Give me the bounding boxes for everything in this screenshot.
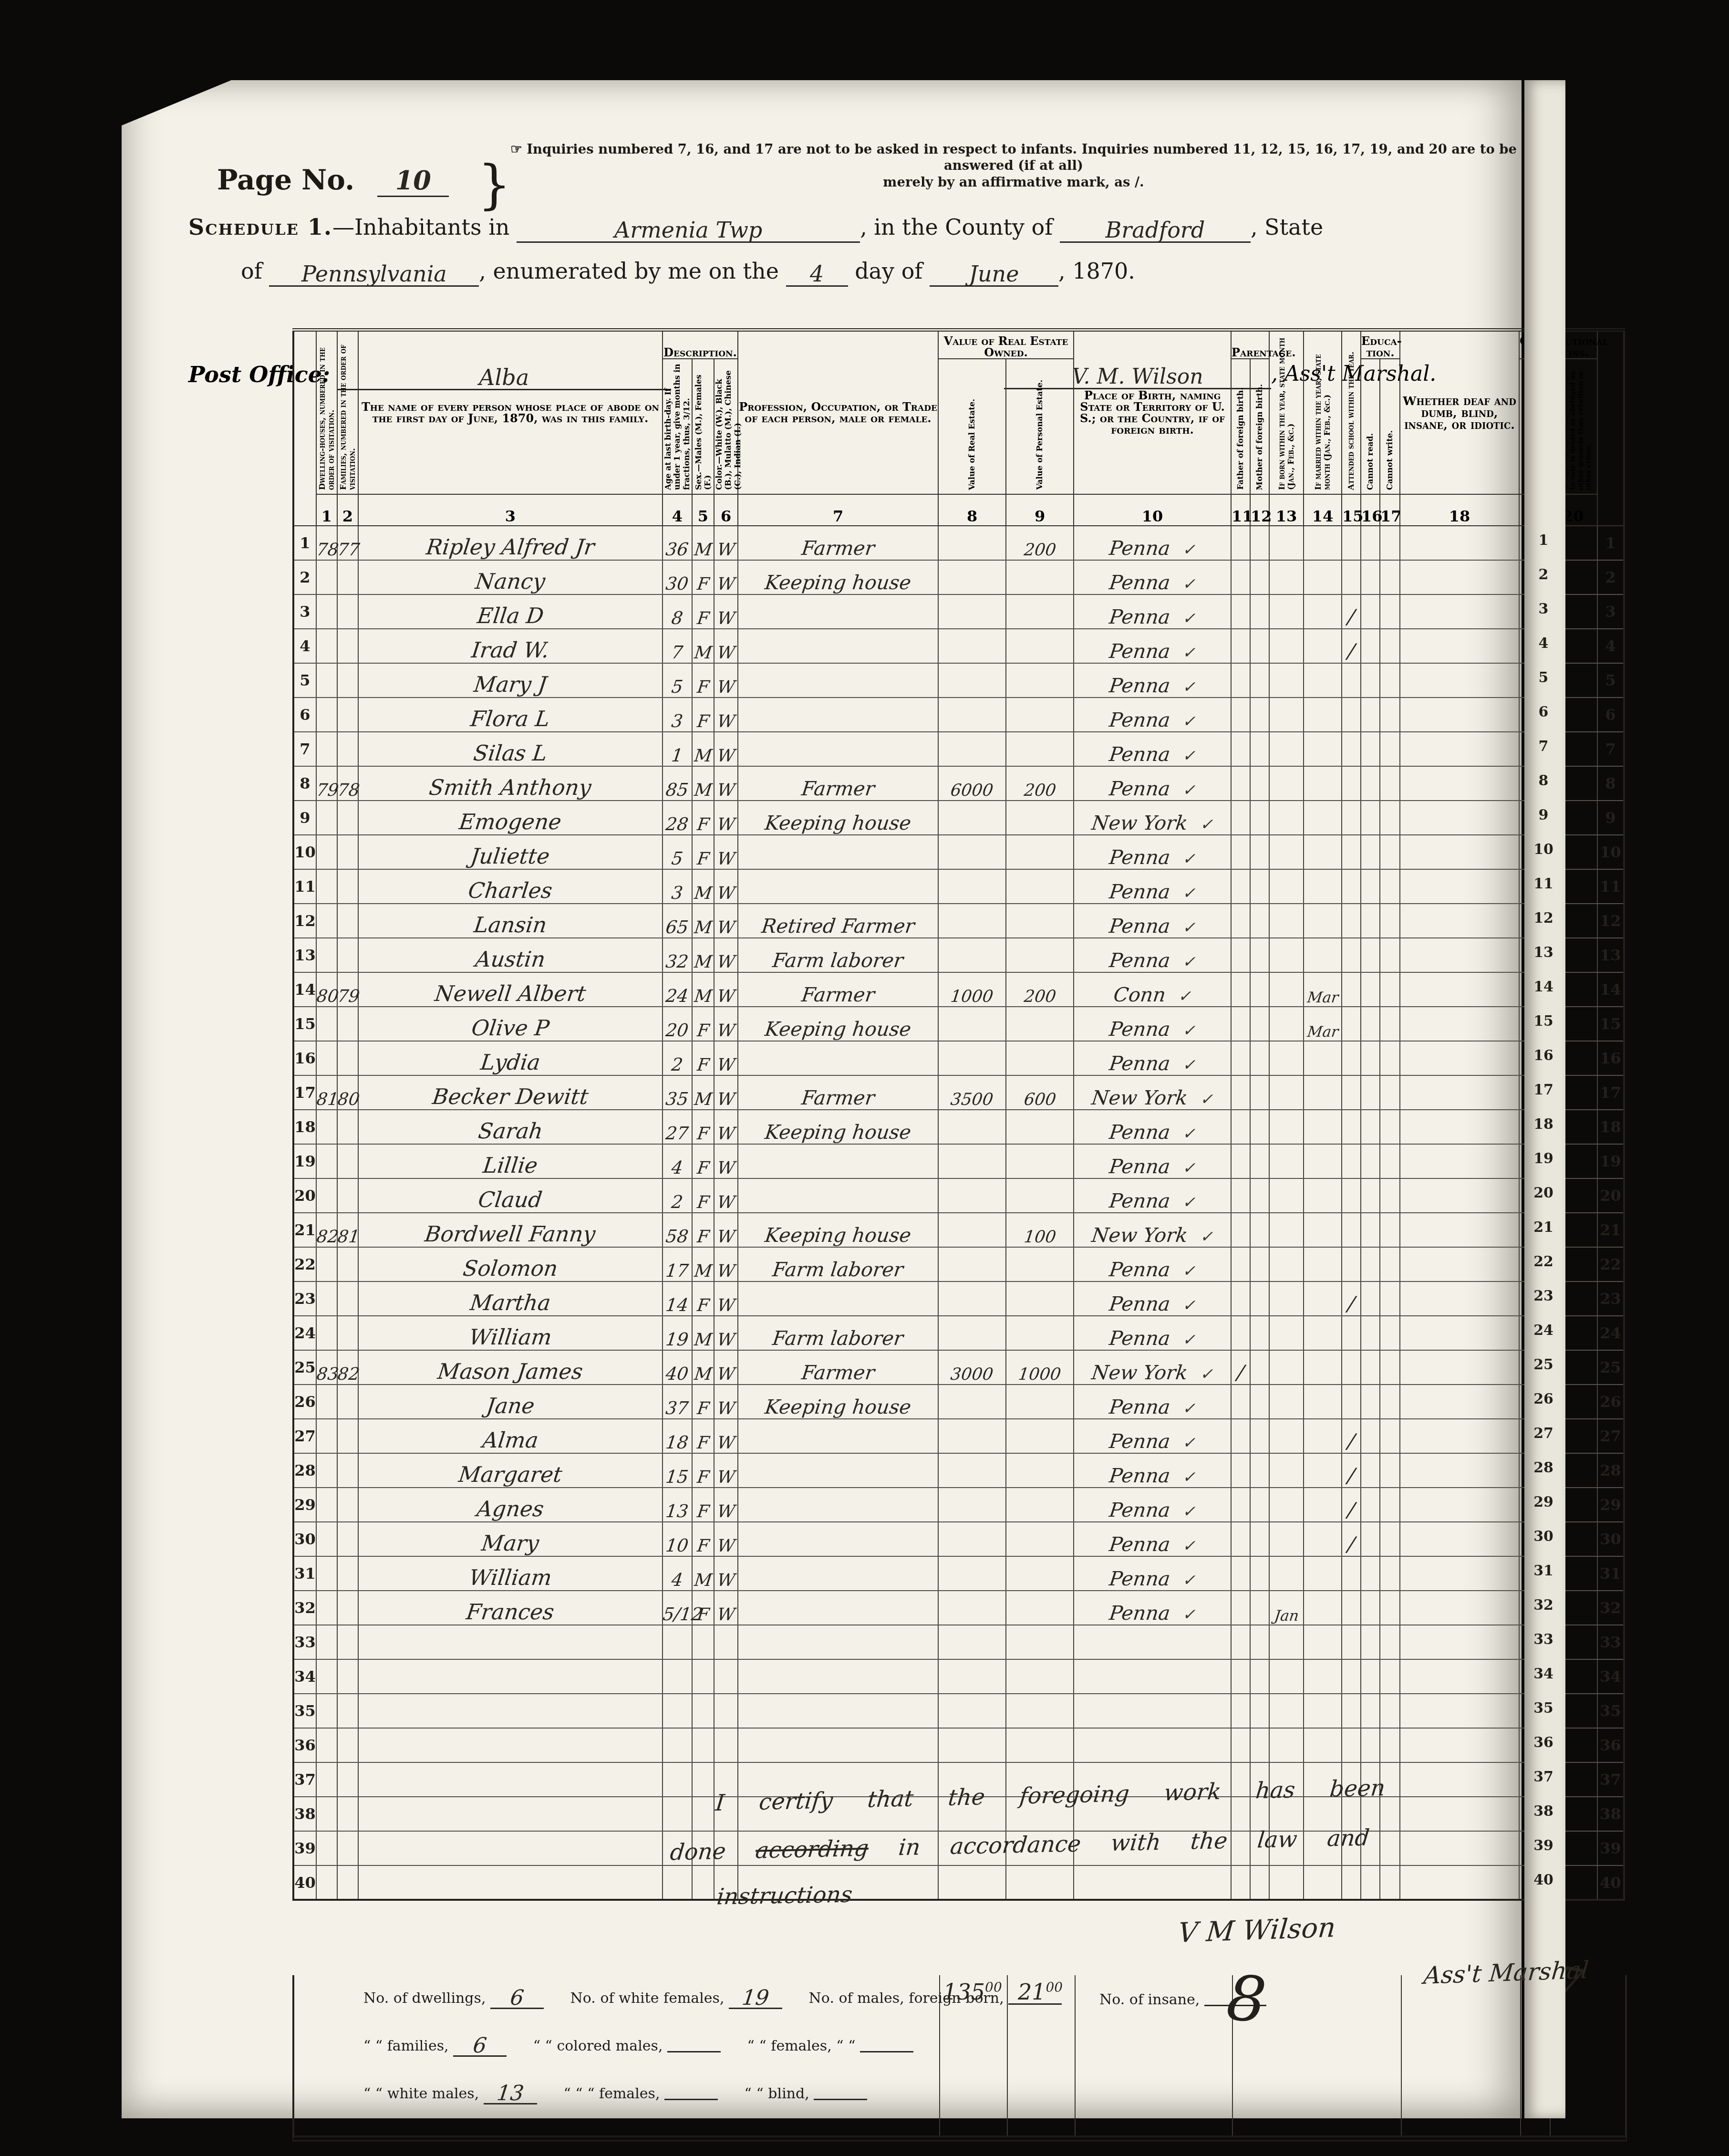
cell-m12 <box>1250 1728 1269 1762</box>
cell-m12 <box>1250 1075 1269 1110</box>
line-number: 28 <box>293 1453 316 1488</box>
cell-m12 <box>1250 1419 1269 1453</box>
cell-age: 15 <box>663 1453 692 1488</box>
adjacent-line-number: 33 <box>1529 1631 1558 1648</box>
colored-males-label: “ “ colored males, <box>533 2038 663 2054</box>
cell-pe <box>1006 1659 1074 1694</box>
cell-m11 <box>1231 801 1250 835</box>
cell-m12 <box>1250 1110 1269 1144</box>
cell-birthplace: New York✓ <box>1074 1213 1231 1247</box>
cell-m12 <box>1250 904 1269 938</box>
column-number-5: 5 <box>692 494 714 526</box>
cell-occ <box>738 1728 938 1762</box>
real-estate-total: 13500 <box>939 1979 1006 2005</box>
cell-m17 <box>1380 1694 1400 1728</box>
cell-m16 <box>1361 698 1380 732</box>
cell-m15: / <box>1342 1488 1361 1522</box>
cell-m16 <box>1361 1453 1380 1488</box>
cell-dw <box>316 1110 337 1144</box>
cell-name: Olive P <box>358 1007 663 1041</box>
cell-m11 <box>1231 1247 1250 1281</box>
cell-m14: Mar <box>1304 972 1342 1007</box>
cell-name: Silas L <box>358 732 663 766</box>
check-mark: ✓ <box>1182 746 1196 765</box>
cell-m15 <box>1342 1625 1361 1659</box>
cell-birthplace: Penna✓ <box>1074 1419 1231 1453</box>
cell-m15 <box>1342 1247 1361 1281</box>
cell-m12 <box>1250 1144 1269 1178</box>
cell-age: 5/12 <box>663 1591 692 1625</box>
cell-fam: 81 <box>337 1213 358 1247</box>
month-value: June <box>969 261 1019 287</box>
check-mark: ✓ <box>1182 849 1196 868</box>
cell-sex: F <box>692 1007 714 1041</box>
census-sheet: Page No. 10} ☞ Inquiries numbered 7, 16,… <box>122 80 1522 2118</box>
cell-m17 <box>1380 1625 1400 1659</box>
column-number-8: 8 <box>938 494 1006 526</box>
adjacent-line-number: 15 <box>1529 1013 1558 1030</box>
cell-age: 3 <box>663 698 692 732</box>
check-mark: ✓ <box>1182 1330 1196 1349</box>
cell-pe <box>1006 1041 1074 1075</box>
check-mark: ✓ <box>1182 884 1196 902</box>
adjacent-line-number: 17 <box>1529 1082 1558 1098</box>
schedule-heading: Schedule 1.—Inhabitants in Armenia Twp, … <box>188 205 1505 293</box>
cell-occ: Farm laborer <box>738 938 938 972</box>
cell-m13: Jan <box>1269 1591 1304 1625</box>
cell-occ <box>738 1694 938 1728</box>
cell-sex: F <box>692 698 714 732</box>
line-number: 30 <box>293 1522 316 1556</box>
cell-pe <box>1006 835 1074 869</box>
cell-birthplace: Conn✓ <box>1074 972 1231 1007</box>
cell-m11 <box>1231 1591 1250 1625</box>
cell-sex <box>692 1865 714 1900</box>
cell-occ <box>738 1144 938 1178</box>
cell-re <box>938 1453 1006 1488</box>
cell-col: W <box>714 869 738 904</box>
day-of-label: day of <box>855 258 922 284</box>
cell-fam <box>337 1110 358 1144</box>
cell-name: Sarah <box>358 1110 663 1144</box>
cell-m11 <box>1231 1488 1250 1522</box>
check-mark: ✓ <box>1182 677 1196 696</box>
cell-m15 <box>1342 560 1361 594</box>
cell-m17 <box>1380 1659 1400 1694</box>
line-number: 18 <box>1597 1110 1624 1144</box>
cell-dw <box>316 1556 337 1591</box>
cell-dw <box>316 1178 337 1213</box>
cell-pe <box>1006 1453 1074 1488</box>
col-header-sex: Sex.—Males (M.), Females (F.) <box>692 359 714 494</box>
cell-re <box>938 1591 1006 1625</box>
cell-m16 <box>1361 1865 1380 1900</box>
cell-sex: F <box>692 835 714 869</box>
cell-m16 <box>1361 904 1380 938</box>
line-number: 7 <box>1597 732 1624 766</box>
column-number-3: 3 <box>358 494 663 526</box>
line-number: 33 <box>293 1625 316 1659</box>
cell-m13 <box>1269 1419 1304 1453</box>
cell-birthplace: Penna✓ <box>1074 1453 1231 1488</box>
cell-col: W <box>714 1213 738 1247</box>
cell-m11 <box>1231 938 1250 972</box>
cell-col: W <box>714 1488 738 1522</box>
cell-m12 <box>1250 1659 1269 1694</box>
adjacent-line-number: 5 <box>1529 669 1558 686</box>
line-number: 25 <box>1597 1350 1624 1385</box>
table-row: 16Lydia2FWPenna✓16 <box>293 1041 1624 1075</box>
certification-line-3: instructions <box>717 1882 853 1910</box>
cell-m11 <box>1231 972 1250 1007</box>
cell-birthplace: Penna✓ <box>1074 904 1231 938</box>
cell-fam <box>337 1247 358 1281</box>
cell-m13 <box>1269 869 1304 904</box>
cell-age <box>663 1625 692 1659</box>
cell-dw <box>316 1522 337 1556</box>
cell-birthplace: Penna✓ <box>1074 629 1231 663</box>
cell-fam: 79 <box>337 972 358 1007</box>
cell-m17 <box>1380 1488 1400 1522</box>
cell-m13 <box>1269 801 1304 835</box>
cell-m17 <box>1380 1419 1400 1453</box>
cell-re <box>938 1659 1006 1694</box>
cell-fam: 77 <box>337 526 358 560</box>
cell-birthplace <box>1074 1728 1231 1762</box>
line-number: 17 <box>293 1075 316 1110</box>
cell-m16 <box>1361 1694 1380 1728</box>
group-header-value-owned: Value of Real Estate Owned. <box>938 330 1074 359</box>
cell-birthplace: Penna✓ <box>1074 1007 1231 1041</box>
cell-m11 <box>1231 1316 1250 1350</box>
cell-pe <box>1006 938 1074 972</box>
cell-m16 <box>1361 869 1380 904</box>
check-mark: ✓ <box>1182 1502 1196 1521</box>
cell-dw <box>316 1247 337 1281</box>
cell-name <box>358 1728 663 1762</box>
cell-birthplace: Penna✓ <box>1074 1316 1231 1350</box>
white-males-total: 13 <box>496 2084 525 2103</box>
cell-m12 <box>1250 972 1269 1007</box>
cell-m15 <box>1342 1213 1361 1247</box>
table-row: 218281Bordwell Fanny58FWKeeping house100… <box>293 1213 1624 1247</box>
cell-fam: 82 <box>337 1350 358 1385</box>
cell-m16 <box>1361 1007 1380 1041</box>
cell-name: Margaret <box>358 1453 663 1488</box>
cell-name: Martha <box>358 1281 663 1316</box>
cell-m11 <box>1231 835 1250 869</box>
cell-m17 <box>1380 835 1400 869</box>
cell-m18 <box>1400 663 1519 698</box>
adjacent-line-number: 38 <box>1529 1803 1558 1820</box>
cell-col: W <box>714 560 738 594</box>
line-number: 9 <box>1597 801 1624 835</box>
cell-re: 3000 <box>938 1350 1006 1385</box>
col-header-personal-estate: Value of Personal Estate. <box>1006 359 1074 494</box>
manicule-icon: ☞ <box>510 142 522 157</box>
cell-birthplace: Penna✓ <box>1074 1144 1231 1178</box>
table-row: 3636 <box>293 1728 1624 1762</box>
cell-occ <box>738 835 938 869</box>
cell-age: 10 <box>663 1522 692 1556</box>
cell-sex <box>692 1659 714 1694</box>
line-number: 38 <box>1597 1797 1624 1831</box>
adjacent-line-number: 18 <box>1529 1116 1558 1133</box>
cell-col: W <box>714 1419 738 1453</box>
cell-age <box>663 1728 692 1762</box>
line-number: 28 <box>1597 1453 1624 1488</box>
footer-line-3: “ “ white males, 13 “ “ “ females, “ “ b… <box>363 2084 867 2104</box>
check-mark: ✓ <box>1182 643 1196 662</box>
cell-m13 <box>1269 972 1304 1007</box>
cell-sex: M <box>692 629 714 663</box>
cell-m12 <box>1250 1625 1269 1659</box>
cell-name <box>358 1694 663 1728</box>
cell-m16 <box>1361 938 1380 972</box>
line-number: 19 <box>293 1144 316 1178</box>
cell-m11 <box>1231 560 1250 594</box>
line-number: 13 <box>1597 938 1624 972</box>
cell-dw <box>316 1419 337 1453</box>
cell-sex <box>692 1728 714 1762</box>
cell-m18 <box>1400 1178 1519 1213</box>
column-number-2: 2 <box>337 494 358 526</box>
table-row: 19Lillie4FWPenna✓19 <box>293 1144 1624 1178</box>
cell-dw <box>316 594 337 629</box>
cell-col <box>714 1625 738 1659</box>
state-value: Pennsylvania <box>301 261 447 287</box>
cell-pe: 200 <box>1006 766 1074 801</box>
cell-m18 <box>1400 594 1519 629</box>
cell-pe <box>1006 1385 1074 1419</box>
cell-m16 <box>1361 560 1380 594</box>
check-mark: ✓ <box>1200 1364 1213 1383</box>
cell-fam: 78 <box>337 766 358 801</box>
cell-m11: / <box>1231 1350 1250 1385</box>
cell-age: 13 <box>663 1488 692 1522</box>
cell-re <box>938 1041 1006 1075</box>
assistant-marshal-signature: V M Wilson <box>1178 1912 1336 1948</box>
cell-re <box>938 1694 1006 1728</box>
cell-m15 <box>1342 938 1361 972</box>
cell-age: 30 <box>663 560 692 594</box>
table-row: 18Sarah27FWKeeping housePenna✓18 <box>293 1110 1624 1144</box>
cell-m14 <box>1304 1041 1342 1075</box>
check-mark: ✓ <box>1200 1227 1213 1246</box>
col-header-attended-school: Attended school within the year. <box>1342 330 1361 495</box>
col-header-cannot-read: Cannot read. <box>1361 359 1380 494</box>
line-number: 31 <box>293 1556 316 1591</box>
cell-sex <box>692 1762 714 1797</box>
cell-occ: Keeping house <box>738 560 938 594</box>
cell-m18 <box>1400 1488 1519 1522</box>
cell-col: W <box>714 1522 738 1556</box>
footer-line-2: “ “ families, 6 “ “ colored males, “ “ f… <box>363 2036 913 2057</box>
line-number: 39 <box>1597 1831 1624 1865</box>
column-number-4: 4 <box>663 494 692 526</box>
column-number-6: 6 <box>714 494 738 526</box>
cell-name: William <box>358 1316 663 1350</box>
cell-name: Solomon <box>358 1247 663 1281</box>
cell-m18 <box>1400 1281 1519 1316</box>
cell-birthplace: Penna✓ <box>1074 663 1231 698</box>
cell-m15 <box>1342 1591 1361 1625</box>
cell-m11 <box>1231 766 1250 801</box>
cell-m16 <box>1361 835 1380 869</box>
cell-m14 <box>1304 1247 1342 1281</box>
cell-fam <box>337 663 358 698</box>
cell-re <box>938 1247 1006 1281</box>
cell-m11 <box>1231 1419 1250 1453</box>
cell-occ <box>738 732 938 766</box>
foreign-females-blank <box>664 2099 718 2100</box>
cell-pe <box>1006 1625 1074 1659</box>
cell-pe <box>1006 1281 1074 1316</box>
table-row: 24William19MWFarm laborerPenna✓24 <box>293 1316 1624 1350</box>
cell-m14 <box>1304 1488 1342 1522</box>
cell-sex: F <box>692 1453 714 1488</box>
line-number: 23 <box>293 1281 316 1316</box>
cell-col: W <box>714 1144 738 1178</box>
cell-dw <box>316 869 337 904</box>
cell-birthplace: Penna✓ <box>1074 526 1231 560</box>
cell-sex: M <box>692 766 714 801</box>
line-number: 6 <box>1597 698 1624 732</box>
column-number-16: 16 <box>1361 494 1380 526</box>
cell-sex: F <box>692 1041 714 1075</box>
line-number: 16 <box>293 1041 316 1075</box>
cell-fam <box>337 835 358 869</box>
group-header-parentage: Parentage. <box>1231 330 1269 359</box>
column-number-17: 17 <box>1380 494 1400 526</box>
cell-col: W <box>714 1110 738 1144</box>
adjacent-line-number: 13 <box>1529 944 1558 961</box>
cell-m16 <box>1361 766 1380 801</box>
cell-m16 <box>1361 1178 1380 1213</box>
adjacent-line-number: 11 <box>1529 875 1558 892</box>
cell-fam <box>337 698 358 732</box>
cell-re: 6000 <box>938 766 1006 801</box>
cell-pe <box>1006 1007 1074 1041</box>
cell-m11 <box>1231 1110 1250 1144</box>
cell-m16 <box>1361 526 1380 560</box>
cell-m17 <box>1380 904 1400 938</box>
table-row: 29Agnes13FWPenna✓/29 <box>293 1488 1624 1522</box>
cell-pe <box>1006 1694 1074 1728</box>
cell-m15 <box>1342 1316 1361 1350</box>
line-number: 35 <box>1597 1694 1624 1728</box>
cell-fam: 80 <box>337 1075 358 1110</box>
cell-age: 37 <box>663 1385 692 1419</box>
cell-m18 <box>1400 1831 1519 1865</box>
cell-m13 <box>1269 904 1304 938</box>
cell-col: W <box>714 698 738 732</box>
line-number: 4 <box>1597 629 1624 663</box>
adjacent-line-number: 6 <box>1529 704 1558 720</box>
cell-occ <box>738 1453 938 1488</box>
cell-birthplace: Penna✓ <box>1074 1488 1231 1522</box>
cell-fam <box>337 1659 358 1694</box>
foreign-females-label: “ “ “ females, <box>563 2085 660 2102</box>
cell-m13 <box>1269 1694 1304 1728</box>
cell-m15: / <box>1342 594 1361 629</box>
cell-birthplace: New York✓ <box>1074 1075 1231 1110</box>
line-number: 3 <box>1597 594 1624 629</box>
table-row: 32Frances5/12FWPenna✓Jan32 <box>293 1591 1624 1625</box>
column-number-14: 14 <box>1304 494 1342 526</box>
cell-m18 <box>1400 1007 1519 1041</box>
col-header-name: The name of every person whose place of … <box>358 330 663 495</box>
adjacent-line-number: 28 <box>1529 1459 1558 1476</box>
form-instructions-note: ☞ Inquiries numbered 7, 16, and 17 are n… <box>503 141 1524 190</box>
cell-m13 <box>1269 1350 1304 1385</box>
cell-col: W <box>714 1178 738 1213</box>
check-mark: ✓ <box>1182 574 1196 593</box>
col-header-color: Color.—White (W.), Black (B.), Mulatto (… <box>714 359 738 494</box>
cell-dw: 80 <box>316 972 337 1007</box>
line-number: 29 <box>1597 1488 1624 1522</box>
cell-m18 <box>1400 732 1519 766</box>
footer-rule <box>1075 1975 1076 2135</box>
cell-m18 <box>1400 1556 1519 1591</box>
cell-m15: / <box>1342 1522 1361 1556</box>
cell-age: 2 <box>663 1041 692 1075</box>
cell-re <box>938 904 1006 938</box>
cell-sex: F <box>692 1178 714 1213</box>
cell-birthplace: Penna✓ <box>1074 698 1231 732</box>
cell-col: W <box>714 904 738 938</box>
column-number-15: 15 <box>1342 494 1361 526</box>
cell-re <box>938 1728 1006 1762</box>
cell-pe <box>1006 732 1074 766</box>
cell-col: W <box>714 663 738 698</box>
cell-pe <box>1006 801 1074 835</box>
cell-birthplace: New York✓ <box>1074 801 1231 835</box>
cell-name: Flora L <box>358 698 663 732</box>
cell-fam <box>337 801 358 835</box>
line-number: 22 <box>1597 1247 1624 1281</box>
cell-col: W <box>714 629 738 663</box>
cell-age: 19 <box>663 1316 692 1350</box>
cell-occ: Keeping house <box>738 1385 938 1419</box>
line-number: 34 <box>293 1659 316 1694</box>
cell-m11 <box>1231 1007 1250 1041</box>
cell-m14 <box>1304 594 1342 629</box>
cell-age: 4 <box>663 1144 692 1178</box>
cell-m17 <box>1380 594 1400 629</box>
cell-m17 <box>1380 526 1400 560</box>
cell-occ <box>738 663 938 698</box>
table-row: 3434 <box>293 1659 1624 1694</box>
cell-age: 85 <box>663 766 692 801</box>
cell-name: Lillie <box>358 1144 663 1178</box>
cell-m13 <box>1269 1041 1304 1075</box>
cell-m17 <box>1380 766 1400 801</box>
cell-dw <box>316 1694 337 1728</box>
table-row: 13Austin32MWFarm laborerPenna✓/13 <box>293 938 1624 972</box>
cell-birthplace: Penna✓ <box>1074 1247 1231 1281</box>
cell-name: Ripley Alfred Jr <box>358 526 663 560</box>
cell-occ: Keeping house <box>738 1110 938 1144</box>
cell-dw <box>316 698 337 732</box>
cell-m11 <box>1231 904 1250 938</box>
cell-col: W <box>714 1350 738 1385</box>
cell-m13 <box>1269 1281 1304 1316</box>
cell-m12 <box>1250 801 1269 835</box>
cell-age: 17 <box>663 1247 692 1281</box>
adjacent-line-number: 3 <box>1529 601 1558 617</box>
cell-m18 <box>1400 1247 1519 1281</box>
